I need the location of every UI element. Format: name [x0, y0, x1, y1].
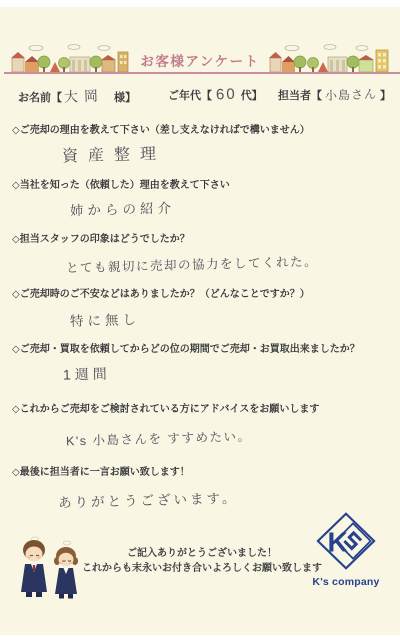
answer-how-found-us-handwritten: 姉からの紹介 [70, 197, 175, 220]
field-age-group: ご年代【60代】 [168, 86, 263, 103]
staff-suffix: 】 [380, 90, 391, 102]
header-divider [4, 72, 400, 74]
footer-thanks-line2: これからも末永いお付き合いよろしくお願い致します [82, 561, 322, 576]
staff-value-handwritten: 小島さん [325, 85, 378, 104]
question-concerns: ◇ご売却時のご不安などはありましたか？（どんなことですか？） [12, 285, 310, 300]
field-customer-name: お名前【大岡様】 [18, 86, 136, 106]
answer-sale-duration-handwritten: 1週間 [63, 363, 111, 384]
ks-company-logo: K K's company [308, 512, 384, 588]
scan-edge-top [0, 0, 400, 7]
question-message-to-staff: ◇最後に担当者に一言お願い致します！ [12, 463, 190, 478]
name-label: お名前【 [18, 92, 62, 104]
answer-staff-impression-handwritten: とても親切に売却の協力をしてくれた。 [66, 252, 318, 277]
staff-label: 担当者【 [278, 90, 322, 102]
footer-thanks-line1: ご記入ありがとうございました！ [82, 546, 322, 561]
scan-edge-bottom [0, 635, 400, 640]
field-staff-in-charge: 担当者【小島さん】 [278, 86, 391, 103]
page-title: お客様アンケート [0, 50, 400, 70]
answer-advice-to-others-handwritten: K's 小島さんを すすめたい。 [66, 427, 252, 450]
answer-concerns-handwritten: 特に無し [70, 308, 140, 330]
name-suffix: 様】 [114, 92, 136, 104]
footer-thanks-message: ご記入ありがとうございました！ これからも末永いお付き合いよろしくお願い致します [82, 546, 322, 576]
question-sale-duration: ◇ご売却・買取を依頼してからどの位の期間でご売却・お買取出来ましたか？ [12, 340, 360, 355]
age-suffix: 代】 [241, 90, 263, 102]
question-advice-to-others: ◇これからご売却をご検討されている方にアドバイスをお願いします [12, 400, 319, 415]
answer-message-to-staff-handwritten: ありがとうございます。 [58, 487, 239, 512]
name-value-handwritten: 大岡 [64, 85, 105, 106]
answer-sale-reason-handwritten: 資産整理 [62, 141, 167, 167]
bowing-staff-characters-icon [14, 534, 86, 608]
ks-company-diamond-logo-icon: K [315, 512, 377, 570]
age-value-handwritten: 60 [216, 86, 237, 104]
ks-company-logo-text: K's company [308, 576, 384, 588]
question-how-found-us: ◇当社を知った（依頼した）理由を教えて下さい [12, 176, 230, 191]
question-sale-reason: ◇ご売却の理由を教えて下さい（差し支えなければで構いません） [12, 121, 310, 136]
question-staff-impression: ◇担当スタッフの印象はどうでしたか？ [12, 230, 190, 245]
age-label: ご年代【 [168, 90, 212, 102]
